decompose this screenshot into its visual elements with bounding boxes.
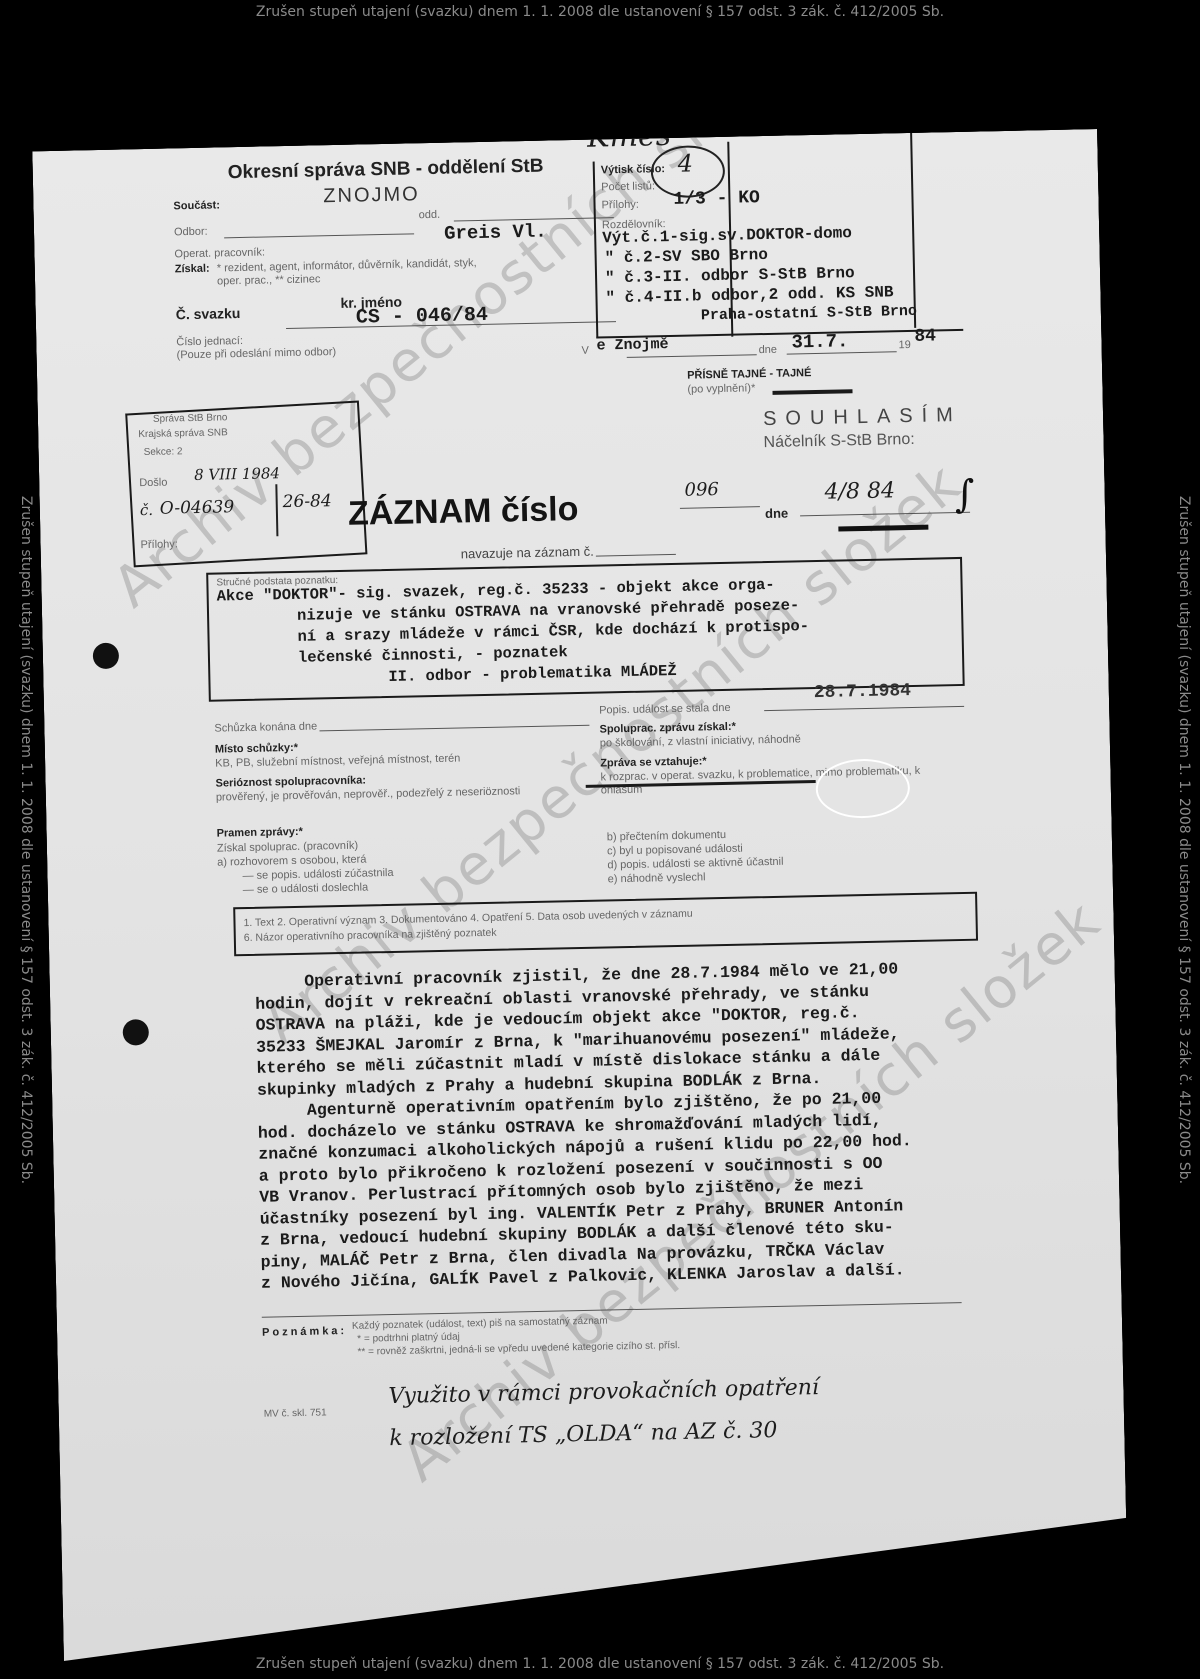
punch-hole-icon [93, 643, 120, 670]
pocet-listu-label: Počet listů: [601, 180, 655, 193]
page-number: 33 [986, 101, 1020, 132]
stamp-dosl-value: 8 VIII 1984 [194, 464, 280, 484]
cislo-jednaci-note: (Pouze při odeslání mimo odbor) [176, 346, 336, 361]
stamp-line-2: Krajská správa SNB [138, 427, 228, 440]
record-number: 096 [684, 479, 719, 501]
handwritten-initials: Kmes [587, 118, 672, 155]
ziskal-options: * rezident, agent, informátor, důvěrník,… [217, 257, 477, 288]
handwritten-note-line-1: Využito v rámci provokačních opatření [388, 1375, 819, 1409]
signature-mark: ∫ [954, 472, 975, 516]
vztah-label: Zpráva se vztahuje:* [600, 755, 707, 769]
serioznost-label: Serióznost spolupracovníka: [215, 774, 366, 789]
ziskal-label: Získal: [175, 263, 210, 276]
distribution-line-2: " č.2-SV SBO Brno [604, 246, 768, 267]
navazuje-label: navazuje na záznam č. [461, 544, 594, 562]
year-value: 84 [914, 326, 936, 346]
stamp-dosl-label: Došlo [139, 477, 167, 490]
place-prefix: V [581, 345, 589, 357]
misto-label: Místo schůzky:* [215, 742, 298, 756]
misto-options: KB, PB, služební místnost, veřejná místn… [215, 752, 460, 769]
odd-label: odd. [419, 209, 441, 221]
document-page: Archiv bezpečnostních složek Archiv bezp… [32, 129, 1128, 1661]
operative-worker-value: Greis Vl. [444, 221, 547, 245]
svazek-label: Č. svazku [176, 305, 241, 322]
date-label: dne [759, 344, 778, 356]
pramen-right-line-3: d) popis. události se aktivně účastnil [607, 856, 783, 872]
odbor-label: Odbor: [174, 226, 208, 239]
stamp-number-prefix: č. [140, 501, 154, 519]
pramen-right-line-4: e) náhodně vyslechl [608, 871, 706, 885]
pramen-line-4: — se o události doslechla [243, 881, 369, 896]
place-value: e Znojmě [596, 336, 668, 355]
record-date-label: dne [765, 506, 788, 521]
pramen-line-2: a) rozhovorem s osobou, která [217, 853, 366, 868]
pramen-line-3: — se popis. události zúčastnila [242, 867, 393, 882]
pramen-line-1: Získal spoluprac. (pracovník) [217, 840, 358, 855]
pramen-right-line-2: c) byl u popisované události [607, 843, 743, 858]
footnote-line-2: * = podtrhni platný údaj [357, 1332, 460, 1345]
classification-note: (po vyplnění)* [687, 382, 755, 395]
footnote-label: Poznámka: [262, 1325, 347, 1339]
classification-label: PŘÍSNĚ TAJNÉ - TAJNÉ [687, 367, 812, 382]
soucast-label: Součást: [173, 199, 220, 212]
office-name: Okresní správa SNB - oddělení StB [228, 156, 544, 185]
stamp-number: O-04639 [160, 497, 235, 519]
event-date-value: 28.7.1984 [814, 681, 912, 703]
pramen-right-line-1: b) přečtením dokumentu [607, 829, 726, 843]
record-date: 4/8 84 [824, 478, 895, 504]
office-city: ZNOJMO [323, 183, 420, 208]
stamp-line-1: Správa StB Brno [153, 412, 228, 425]
operative-worker-label: Operat. pracovník: [174, 246, 265, 260]
stamp-prilohy-label: Přílohy: [140, 538, 178, 551]
stamp-number-suffix: 26-84 [282, 491, 331, 512]
declassification-banner-top: Zrušen stupeň utajení (svazku) dnem 1. 1… [0, 4, 1200, 20]
white-scribble-mark [815, 758, 910, 819]
spoluprac-label: Spoluprac. zprávu získal:* [599, 721, 736, 736]
record-title: ZÁZNAM číslo [348, 490, 579, 534]
cislo-jednaci-label: Číslo jednací: [176, 335, 243, 348]
declassification-banner-left: Zrušen stupeň utajení (svazku) dnem 1. 1… [18, 410, 34, 1270]
record-body: Operativní pracovník zjistil, že dne 28.… [255, 958, 915, 1294]
year-prefix: 19 [898, 339, 910, 351]
form-code: MV č. skl. 751 [264, 1407, 327, 1419]
declassification-banner-bottom: Zrušen stupeň utajení (svazku) dnem 1. 1… [0, 1656, 1200, 1672]
schuzka-label: Schůzka konána dne [214, 720, 317, 734]
copy-number: 4 [677, 149, 693, 177]
approval-title: SOUHLASÍM [763, 404, 962, 431]
declassification-banner-right: Zrušen stupeň utajení (svazku) dnem 1. 1… [1176, 410, 1192, 1270]
punch-hole-icon [123, 1019, 150, 1046]
date-value: 31.7. [791, 330, 848, 353]
pramen-label: Pramen zprávy:* [217, 826, 303, 840]
prilohy-label: Přílohy: [601, 199, 639, 212]
pocet-listu-value: 1/3 - KO [673, 188, 760, 210]
approval-subtitle: Náčelník S-StB Brno: [763, 431, 915, 452]
stamp-line-3: Sekce: 2 [144, 446, 183, 458]
